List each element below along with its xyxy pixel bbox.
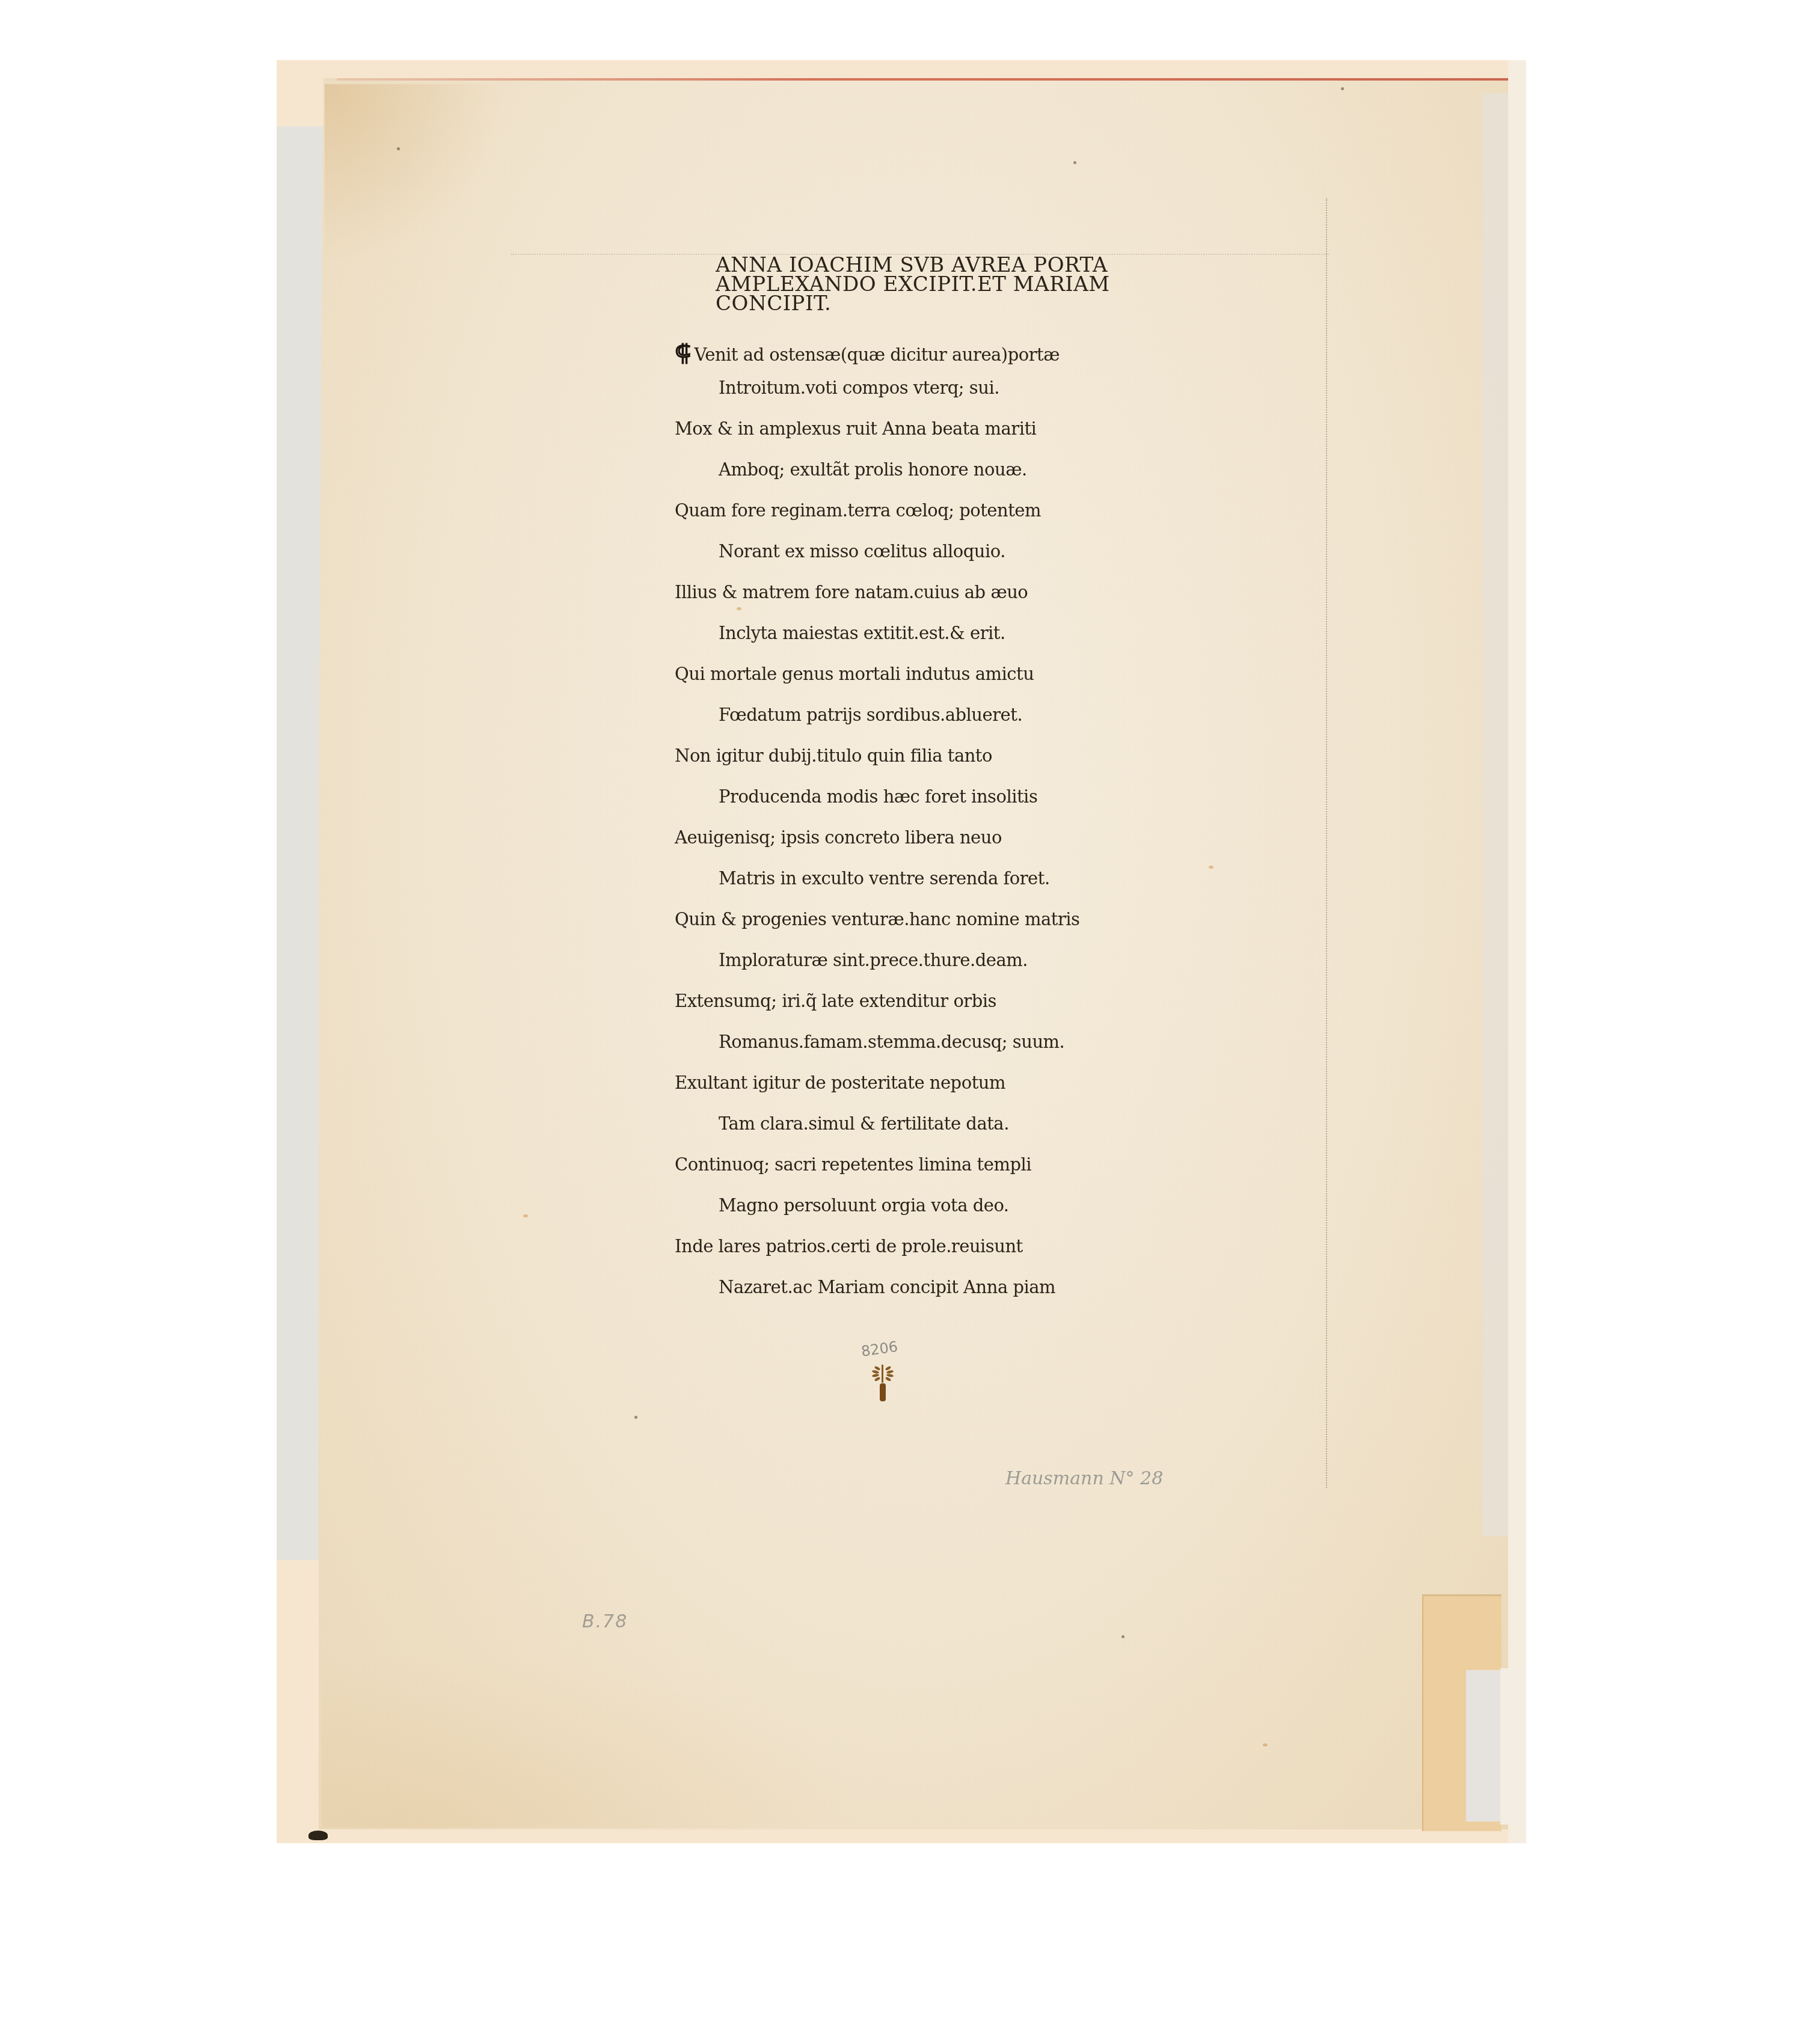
verse-line: Illius & matrem fore natam.cuius ab æuo	[675, 582, 1028, 602]
fox-mark	[1209, 866, 1213, 869]
paper-stain-top-left	[325, 84, 505, 265]
verse-line: Norant ex misso cœlitus alloquio.	[719, 541, 1005, 561]
fox-mark	[1263, 1743, 1268, 1746]
speck	[1341, 87, 1344, 90]
hinge-tab-gray-strip	[1466, 1670, 1500, 1822]
red-top-edge	[337, 78, 1508, 81]
verse-line: Introitum.voti compos vterq; sui.	[719, 378, 999, 398]
verse-line: Inclyta maiestas extitit.est.& erit.	[719, 623, 1005, 643]
verse-line: Fœdatum patrijs sordibus.ablueret.	[719, 705, 1022, 725]
verse-line: ⸿Venit ad ostensæ(quæ dicitur aurea)port…	[675, 337, 1060, 368]
verse-line: Continuoq; sacri repetentes limina templ…	[675, 1154, 1031, 1175]
verse-line: Producenda modis hæc foret insolitis	[719, 786, 1037, 807]
hinge-tab-overhang	[1500, 1668, 1526, 1825]
speck	[1073, 161, 1076, 164]
provenance-pencil-note: Hausmann N° 28	[1005, 1468, 1163, 1489]
hinge-strip-right	[1482, 93, 1508, 1536]
verse-line: Quin & progenies venturæ.hanc nomine mat…	[675, 909, 1079, 929]
paper-stain-bottom-left	[322, 1653, 863, 1828]
catalogue-pencil-note: B.78	[582, 1611, 628, 1632]
speck	[634, 1416, 637, 1419]
speck	[1121, 1635, 1124, 1638]
verse-line: Qui mortale genus mortali indutus amictu	[675, 664, 1034, 684]
fox-mark	[523, 1214, 528, 1217]
verse-line: Romanus.famam.stemma.decusq; suum.	[719, 1032, 1064, 1052]
ink-blot	[308, 1831, 328, 1840]
verse-line: Matris in exculto ventre serenda foret.	[719, 868, 1050, 889]
verse-line: Aeuigenisq; ipsis concreto libera neuo	[675, 827, 1002, 848]
speck	[397, 147, 400, 150]
verse-line: Tam clara.simul & fertilitate data.	[719, 1113, 1009, 1134]
verse-line: Non igitur dubij.titulo quin filia tanto	[675, 745, 992, 766]
heading-line-3: CONCIPIT.	[716, 294, 1149, 313]
heading: ANNA IOACHIM SVB AVREA PORTA AMPLEXANDO …	[716, 255, 1149, 313]
verse-line: Nazaret.ac Mariam concipit Anna piam	[719, 1277, 1055, 1297]
verse-line: Magno persoluunt orgia vota deo.	[719, 1195, 1009, 1216]
verse-line: Mox & in amplexus ruit Anna beata mariti	[675, 418, 1036, 439]
verse-line: Inde lares patrios.certi de prole.reuisu…	[675, 1236, 1023, 1256]
verse-line: Exultant igitur de posteritate nepotum	[675, 1072, 1005, 1093]
verse-line: Extensumq; iri.q̃ late extenditur orbis	[675, 991, 996, 1011]
verse-line: Amboq; exultãt prolis honore nouæ.	[719, 459, 1027, 480]
verse-line: Imploraturæ sint.prece.thure.deam.	[719, 950, 1028, 970]
mount-gray-panel	[277, 126, 325, 1560]
plate-mark-right	[1326, 198, 1329, 1488]
fox-mark	[737, 607, 741, 610]
verse-line: Quam fore reginam.terra cœloq; potentem	[675, 500, 1041, 521]
mount-right-margin	[1508, 60, 1526, 1843]
fleuron-stamp-icon	[870, 1363, 895, 1403]
paragraph-mark-icon: ⸿	[675, 339, 690, 366]
